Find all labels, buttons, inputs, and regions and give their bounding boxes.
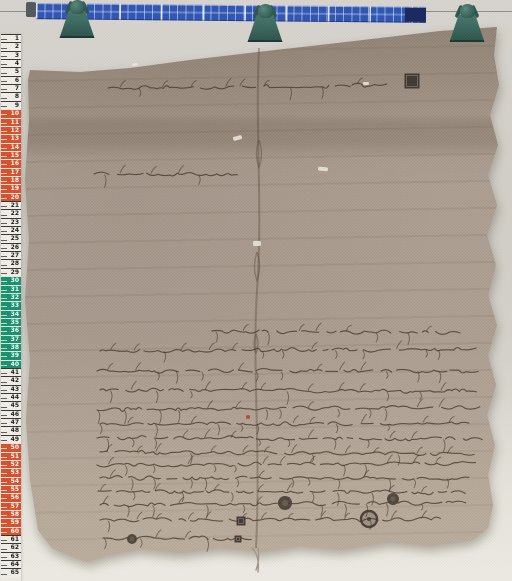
manuscript-sheet: [22, 26, 500, 564]
ruler-half-tick: [1, 81, 7, 82]
ruler-half-tick: [1, 457, 7, 458]
ruler-half-tick: [1, 114, 7, 115]
ruler-half-tick: [1, 523, 7, 524]
ruler-half-tick: [1, 549, 7, 550]
ruler-half-tick: [1, 515, 7, 516]
ruler-half-tick: [1, 240, 7, 241]
ruler-half-tick: [1, 507, 7, 508]
ruler-half-tick: [1, 131, 7, 132]
ruler-half-tick: [1, 574, 7, 575]
ruler-half-tick: [1, 256, 7, 257]
ruler-half-tick: [1, 223, 7, 224]
clip-body: [246, 15, 284, 42]
clip-body: [448, 15, 486, 42]
ruler-half-tick: [1, 365, 7, 366]
ruler-half-tick: [1, 390, 7, 391]
ruler-half-tick: [1, 432, 7, 433]
ruler-half-tick: [1, 398, 7, 399]
ruler-half-tick: [1, 39, 7, 40]
ruler-half-tick: [1, 482, 7, 483]
ruler-half-tick: [1, 306, 7, 307]
bulldog-clip: [55, 0, 99, 44]
ruler-half-tick: [1, 465, 7, 466]
ruler-half-tick: [1, 423, 7, 424]
ruler-half-tick: [1, 281, 7, 282]
ruler-half-tick: [1, 164, 7, 165]
ruler-half-tick: [1, 323, 7, 324]
ruler-half-tick: [1, 557, 7, 558]
ruler-half-tick: [1, 48, 7, 49]
ruler-half-tick: [1, 448, 7, 449]
tape-end-tab: [26, 2, 36, 17]
ruler-half-tick: [1, 331, 7, 332]
ruler-half-tick: [1, 123, 7, 124]
ruler-half-tick: [1, 407, 7, 408]
ruler-half-tick: [1, 356, 7, 357]
clip-knob: [70, 0, 85, 14]
ruler-half-tick: [1, 440, 7, 441]
ruler-half-tick: [1, 498, 7, 499]
ruler-half-tick: [1, 290, 7, 291]
ruler-half-tick: [1, 231, 7, 232]
ruler-half-tick: [1, 315, 7, 316]
ruler-half-tick: [1, 473, 7, 474]
ruler-half-tick: [1, 139, 7, 140]
bulldog-clip: [243, 4, 287, 48]
ruler-half-tick: [1, 340, 7, 341]
ruler-half-tick: [1, 273, 7, 274]
ruler-half-tick: [1, 173, 7, 174]
clip-body: [58, 11, 96, 38]
ruler-half-tick: [1, 156, 7, 157]
ruler-half-tick: [1, 181, 7, 182]
ruler-half-tick: [1, 415, 7, 416]
ruler-half-tick: [1, 565, 7, 566]
ruler-half-tick: [1, 215, 7, 216]
ruler-half-tick: [1, 490, 7, 491]
clip-knob: [460, 4, 475, 18]
ruler-half-tick: [1, 248, 7, 249]
ruler-half-tick: [1, 64, 7, 65]
ruler-half-tick: [1, 198, 7, 199]
ruler-half-tick: [1, 382, 7, 383]
ruler-half-tick: [1, 106, 7, 107]
ruler-half-tick: [1, 206, 7, 207]
ruler-half-tick: [1, 148, 7, 149]
ruler-half-tick: [1, 73, 7, 74]
ruler-half-tick: [1, 348, 7, 349]
ruler-half-tick: [1, 373, 7, 374]
ruler-cm-cell: 65: [1, 568, 21, 577]
ruler-half-tick: [1, 56, 7, 57]
bulldog-clip: [445, 4, 489, 48]
ruler-half-tick: [1, 540, 7, 541]
ruler-half-tick: [1, 265, 7, 266]
ruler-half-tick: [1, 298, 7, 299]
photograph-stage: 1234567891011121314151617181920212223242…: [0, 0, 512, 581]
cm-ruler: 1234567891011121314151617181920212223242…: [1, 34, 21, 581]
ruler-half-tick: [1, 98, 7, 99]
ruler-half-tick: [1, 189, 7, 190]
ruler-half-tick: [1, 532, 7, 533]
tape-dark-end: [405, 8, 426, 22]
manuscript-wrap: [22, 26, 500, 564]
ruler-half-tick: [1, 89, 7, 90]
clip-knob: [258, 4, 273, 18]
